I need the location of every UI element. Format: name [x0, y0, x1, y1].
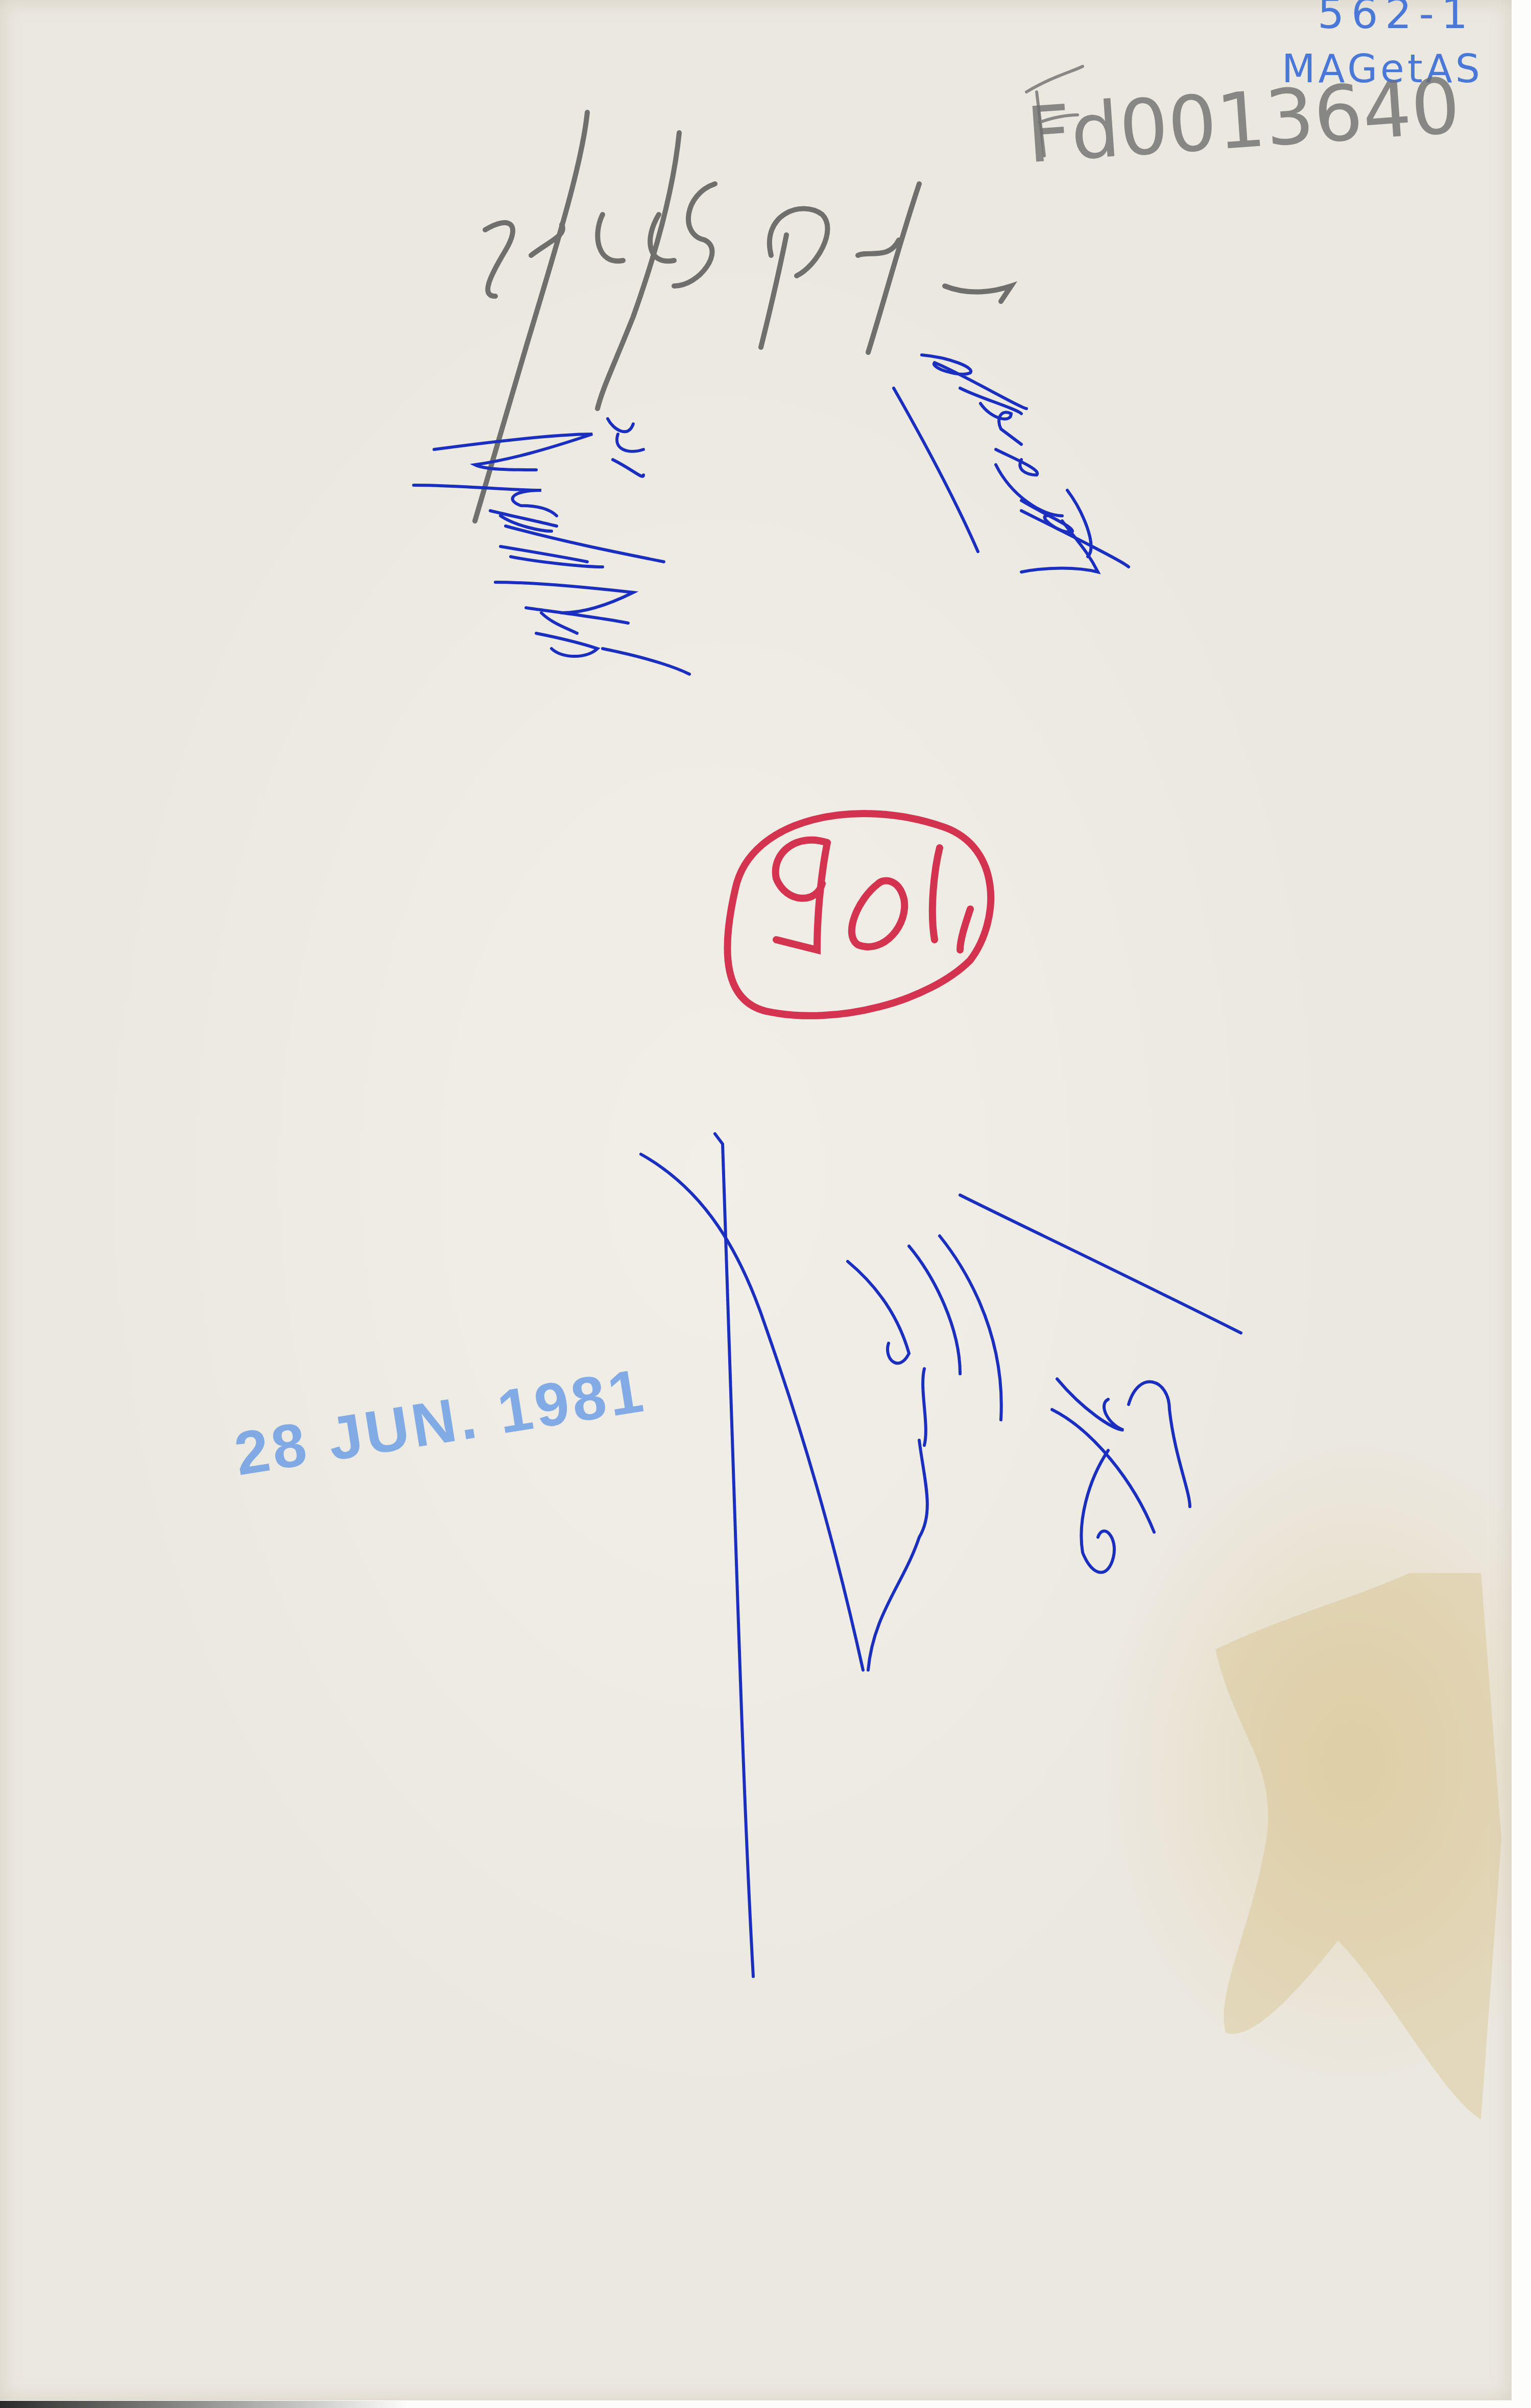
pencil-note-strokes [475, 112, 1011, 521]
crop-mark-strokes [727, 814, 991, 1016]
handwriting-layer [0, 0, 1531, 2408]
name-strokes [414, 419, 689, 674]
dedication-strokes [894, 355, 1129, 572]
water-stain [1215, 1573, 1501, 2119]
signature-strokes [641, 1134, 1241, 1976]
catalog-ref-line1: 562-1 [1318, 0, 1475, 38]
